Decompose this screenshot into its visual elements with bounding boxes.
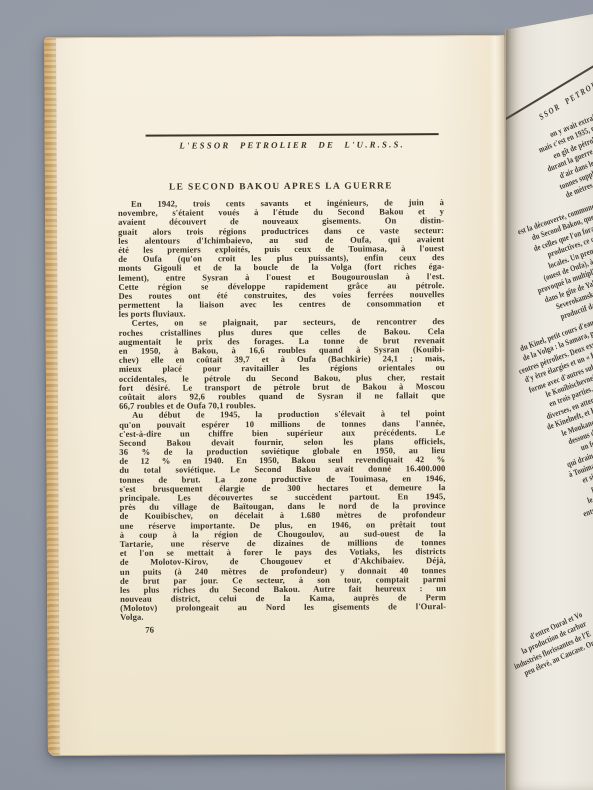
paragraph: Certes, on se plaignait, par secteurs, d… (119, 318, 445, 412)
running-head-rule (146, 133, 439, 136)
left-page: L'ESSOR PETROLIER DE L'U.R.S.S. LE SECON… (44, 35, 509, 756)
right-text-group: d'entre Oural et Vola production de carb… (505, 610, 593, 729)
page-deckle-edge (44, 38, 60, 755)
right-page-curled: SSOR PETROLIER on y avait extrait dmais … (505, 10, 593, 790)
section-title: LE SECOND BAKOU APRES LA GUERRE (118, 181, 444, 193)
paragraph: Au début de 1945, la production s'élevai… (119, 409, 446, 622)
page-number: 76 (145, 625, 154, 635)
book-photo: L'ESSOR PETROLIER DE L'U.R.S.S. LE SECON… (0, 0, 593, 790)
right-text-group: du Kinel, petit cours d'eaude la Volga :… (505, 318, 593, 631)
text-line: Volga. (120, 612, 446, 623)
running-head: L'ESSOR PETROLIER DE L'U.R.S.S. (146, 139, 439, 151)
paragraph: En 1942, trois cents savants et ingénieu… (118, 198, 445, 319)
body-text: En 1942, trois cents savants et ingénieu… (118, 198, 446, 622)
